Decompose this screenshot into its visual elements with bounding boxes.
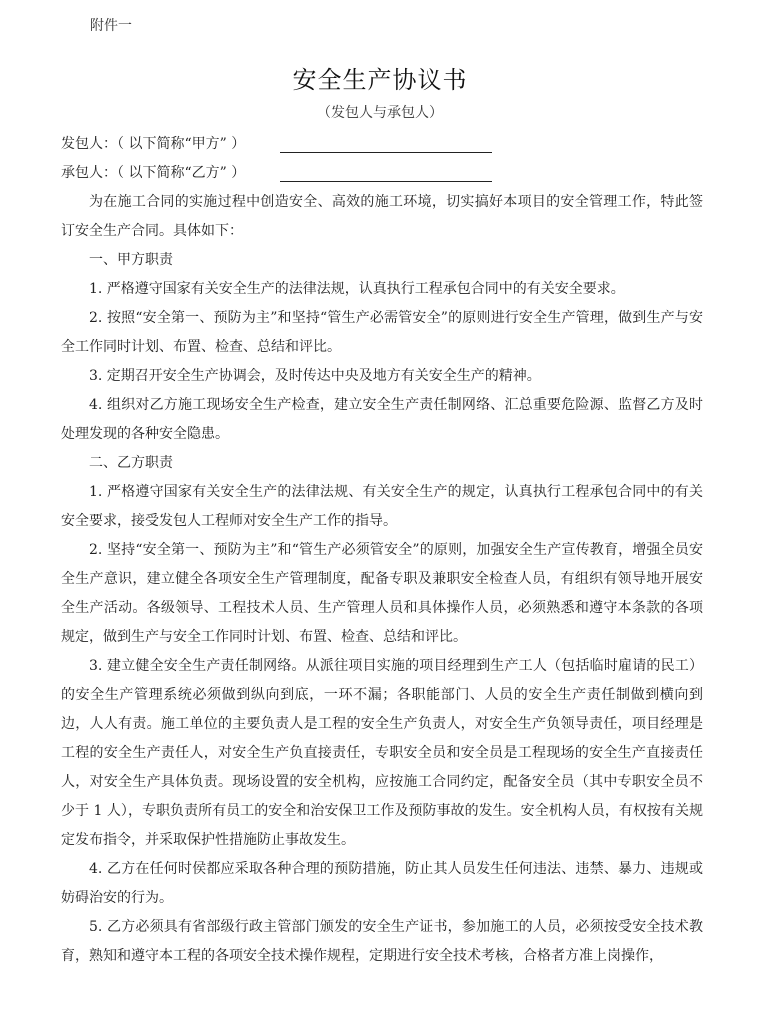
agreement-body: 为在施工合同的实施过程中创造安全、高效的施工环境，切实搞好本项目的安全管理工作，…	[61, 188, 703, 971]
document-page: 附件一 安全生产协议书 （发包人与承包人） 发包人：（ 以下简称“甲方” ） 承…	[0, 0, 760, 1023]
party-employer-line: 发包人：（ 以下简称“甲方” ）	[61, 134, 245, 154]
party-b-clause-1: 1. 严格遵守国家有关安全生产的法律法规、有关安全生产的规定，认真执行工程承包合…	[61, 478, 703, 536]
party-a-clause-4: 4. 组织对乙方施工现场安全生产检查，建立安全生产责任制网络、汇总重要危险源、监…	[61, 391, 703, 449]
section-heading-party-b: 二、乙方职责	[61, 449, 703, 478]
party-b-clause-4: 4. 乙方在任何时侯都应采取各种合理的预防措施，防止其人员发生任何违法、违禁、暴…	[61, 855, 703, 913]
party-b-clause-2: 2. 坚持“安全第一、预防为主”和“管生产必须管安全”的原则，加强安全生产宣传教…	[61, 536, 703, 652]
intro-paragraph: 为在施工合同的实施过程中创造安全、高效的施工环境，切实搞好本项目的安全管理工作，…	[61, 188, 703, 246]
party-b-clause-5: 5. 乙方必须具有省部级行政主管部门颁发的安全生产证书，参加施工的人员，必须按受…	[61, 913, 703, 971]
party-a-clause-2: 2. 按照“安全第一、预防为主”和坚持“管生产必需管安全”的原则进行安全生产管理…	[61, 304, 703, 362]
section-heading-party-a: 一、甲方职责	[61, 246, 703, 275]
party-a-clause-1: 1. 严格遵守国家有关安全生产的法律法规，认真执行工程承包合同中的有关安全要求。	[61, 275, 703, 304]
party-contractor-label: 承包人：（ 以下简称“乙方” ）	[61, 165, 245, 181]
document-title: 安全生产协议书	[0, 64, 760, 96]
document-subtitle: （发包人与承包人）	[0, 103, 760, 123]
party-employer-blank-field[interactable]	[280, 152, 492, 153]
party-employer-label: 发包人：（ 以下简称“甲方” ）	[61, 136, 245, 152]
party-contractor-blank-field[interactable]	[280, 181, 492, 182]
party-a-clause-3: 3. 定期召开安全生产协调会，及时传达中央及地方有关安全生产的精神。	[61, 362, 703, 391]
attachment-label: 附件一	[90, 16, 132, 36]
party-b-clause-3: 3. 建立健全安全生产责任制网络。从派往项目实施的项目经理到生产工人（包括临时雇…	[61, 652, 703, 855]
party-contractor-line: 承包人：（ 以下简称“乙方” ）	[61, 163, 245, 183]
